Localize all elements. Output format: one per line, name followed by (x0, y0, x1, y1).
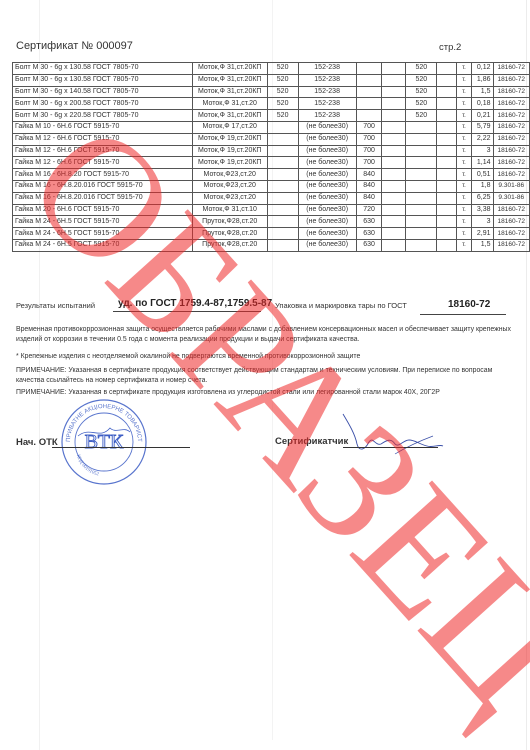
page-number: стр.2 (439, 42, 461, 53)
cell-c4: (не более30) (298, 169, 356, 181)
cell-unit: т. (456, 228, 471, 240)
cell-gost: 18160-72 (493, 228, 529, 240)
cell-qty: 0,12 (471, 63, 493, 75)
cell-unit: т. (456, 157, 471, 169)
cell-c3 (267, 239, 298, 251)
cell-material: Моток,Ф 31,ст.20КП (192, 63, 267, 75)
cell-c8 (437, 157, 457, 169)
cell-qty: 0,51 (471, 169, 493, 181)
cell-c3: 520 (267, 63, 298, 75)
cell-c3: 520 (267, 110, 298, 122)
cell-c3 (267, 204, 298, 216)
cell-c4: (не более30) (298, 145, 356, 157)
cell-c5: 840 (356, 169, 382, 181)
cell-material: Пруток,Ф28,ст.20 (192, 216, 267, 228)
cell-material: Моток,Ф 31,ст.10 (192, 204, 267, 216)
cell-gost: 18160-72 (493, 216, 529, 228)
cell-c3 (267, 133, 298, 145)
cell-c7 (406, 145, 437, 157)
cell-name: Гайка М 24 - 6Н.5 ГОСТ 5915-70 (13, 228, 193, 240)
cell-gost: 18160-72 (493, 133, 529, 145)
cell-c3: 520 (267, 74, 298, 86)
cell-c6 (382, 86, 406, 98)
cell-unit: т. (456, 180, 471, 192)
cell-gost: 18160-72 (493, 74, 529, 86)
cell-name: Гайка М 16 - 6Н.8.20 ГОСТ 5915-70 (13, 169, 193, 181)
cell-c8 (437, 110, 457, 122)
cell-c7 (406, 228, 437, 240)
cell-gost: 18160-72 (493, 145, 529, 157)
cell-c6 (382, 204, 406, 216)
cell-gost: 18160-72 (493, 86, 529, 98)
cell-name: Гайка М 16 - 6Н.8.20.016 ГОСТ 5915-70 (13, 180, 193, 192)
cell-material: Моток,Ф23,ст.20 (192, 192, 267, 204)
company-stamp: ПРИВАТНЕ АКЦІОНЕРНЕ ТОВАРИСТВО «ДРУЖКІВС… (60, 398, 148, 486)
cell-c5: 840 (356, 192, 382, 204)
cell-qty: 6,25 (471, 192, 493, 204)
cell-c8 (437, 86, 457, 98)
table-row: Гайка М 24 - 6Н.5 ГОСТ 5915-70Пруток,Ф28… (13, 228, 530, 240)
cell-c7: 520 (406, 74, 437, 86)
cell-c8 (437, 145, 457, 157)
cell-c6 (382, 228, 406, 240)
cell-c5: 700 (356, 145, 382, 157)
cell-c5 (356, 110, 382, 122)
cell-c4: (не более30) (298, 157, 356, 169)
table-row: Гайка М 16 - 6Н.8.20.016 ГОСТ 5915-70Мот… (13, 192, 530, 204)
cell-c5: 720 (356, 204, 382, 216)
cell-material: Моток,Ф 19,ст.20КП (192, 145, 267, 157)
table-row: Болт М 30 - 6g x 130.58 ГОСТ 7805-70Мото… (13, 63, 530, 75)
cell-name: Гайка М 12 - 6Н.6 ГОСТ 5915-70 (13, 145, 193, 157)
cell-c3 (267, 121, 298, 133)
cell-unit: т. (456, 98, 471, 110)
items-table: Болт М 30 - 6g x 130.58 ГОСТ 7805-70Мото… (12, 62, 530, 252)
cell-qty: 0,21 (471, 110, 493, 122)
cell-c6 (382, 180, 406, 192)
cell-name: Болт М 30 - 6g x 130.58 ГОСТ 7805-70 (13, 63, 193, 75)
cell-c6 (382, 216, 406, 228)
cell-c6 (382, 74, 406, 86)
cell-c3 (267, 169, 298, 181)
table-row: Гайка М 20 - 6Н.6 ГОСТ 5915-70Моток,Ф 31… (13, 204, 530, 216)
table-row: Гайка М 12 - 6Н.6 ГОСТ 5915-70Моток,Ф 19… (13, 157, 530, 169)
cell-c7: 520 (406, 110, 437, 122)
cell-c5 (356, 63, 382, 75)
cell-unit: т. (456, 63, 471, 75)
cell-c4: 152-238 (298, 63, 356, 75)
cell-unit: т. (456, 192, 471, 204)
cell-qty: 3 (471, 216, 493, 228)
cell-qty: 1,5 (471, 239, 493, 251)
cell-c3 (267, 192, 298, 204)
cell-material: Моток,Ф23,ст.20 (192, 180, 267, 192)
table-row: Гайка М 12 - 6Н.6 ГОСТ 5915-70Моток,Ф 19… (13, 145, 530, 157)
cell-c6 (382, 239, 406, 251)
cell-c7: 520 (406, 86, 437, 98)
cell-c4: (не более30) (298, 228, 356, 240)
cell-c5: 630 (356, 216, 382, 228)
cell-name: Болт М 30 - 6g x 200.58 ГОСТ 7805-70 (13, 98, 193, 110)
packaging-value: 18160-72 (448, 299, 490, 310)
cell-qty: 2,22 (471, 133, 493, 145)
cell-material: Моток,Ф 19,ст.20КП (192, 157, 267, 169)
cell-qty: 5,79 (471, 121, 493, 133)
cell-c4: (не более30) (298, 121, 356, 133)
cell-name: Болт М 30 - 6g x 140.58 ГОСТ 7805-70 (13, 86, 193, 98)
cell-material: Моток,Ф 31,ст.20КП (192, 74, 267, 86)
cell-name: Гайка М 20 - 6Н.6 ГОСТ 5915-70 (13, 204, 193, 216)
cell-c7: 520 (406, 98, 437, 110)
cell-name: Гайка М 10 - 6Н.6 ГОСТ 5915-70 (13, 121, 193, 133)
cell-c4: (не более30) (298, 192, 356, 204)
cell-c6 (382, 121, 406, 133)
cell-c3 (267, 216, 298, 228)
cell-name: Гайка М 12 - 6Н.6 ГОСТ 5915-70 (13, 157, 193, 169)
cell-gost: 18160-72 (493, 63, 529, 75)
steel-grade-note: ПРИМЕЧАНИЕ: Указанная в сертификате прод… (16, 388, 511, 398)
cell-c4: 152-238 (298, 74, 356, 86)
cell-name: Гайка М 24 - 6Н.5 ГОСТ 5915-70 (13, 239, 193, 251)
cell-gost: 18160-72 (493, 110, 529, 122)
cell-c4: (не более30) (298, 133, 356, 145)
cell-name: Гайка М 12 - 6Н.6 ГОСТ 5915-70 (13, 133, 193, 145)
test-results-underline (113, 311, 261, 312)
cell-c6 (382, 157, 406, 169)
cell-unit: т. (456, 110, 471, 122)
cell-name: Гайка М 24 - 6Н.5 ГОСТ 5915-70 (13, 216, 193, 228)
cell-c6 (382, 98, 406, 110)
cell-qty: 3 (471, 145, 493, 157)
cell-c5 (356, 98, 382, 110)
cell-c7 (406, 180, 437, 192)
table-row: Гайка М 12 - 6Н.6 ГОСТ 5915-70Моток,Ф 19… (13, 133, 530, 145)
cell-c8 (437, 133, 457, 145)
cell-gost: 18160-72 (493, 157, 529, 169)
cell-c3: 520 (267, 98, 298, 110)
cell-c8 (437, 121, 457, 133)
cell-c3: 520 (267, 86, 298, 98)
cell-material: Моток,Ф 31,ст.20 (192, 98, 267, 110)
table-row: Болт М 30 - 6g x 140.58 ГОСТ 7805-70Мото… (13, 86, 530, 98)
cell-c8 (437, 204, 457, 216)
cell-c4: (не более30) (298, 180, 356, 192)
cell-c5 (356, 74, 382, 86)
cell-c7 (406, 133, 437, 145)
cell-c7 (406, 239, 437, 251)
scale-note: * Крепежные изделия с неотделяемой окали… (16, 352, 511, 362)
cell-c5: 700 (356, 157, 382, 169)
cell-qty: 3,38 (471, 204, 493, 216)
cell-qty: 2,91 (471, 228, 493, 240)
cell-qty: 1,5 (471, 86, 493, 98)
svg-text:ВТК: ВТК (85, 431, 124, 453)
cell-c5: 700 (356, 133, 382, 145)
cell-material: Моток,Ф 31,ст.20КП (192, 110, 267, 122)
cell-c7 (406, 121, 437, 133)
packaging-label: Упаковка и маркировка тары по ГОСТ (275, 301, 407, 310)
cell-gost: 18160-72 (493, 98, 529, 110)
cell-c8 (437, 169, 457, 181)
cell-c5: 630 (356, 239, 382, 251)
cell-c7 (406, 204, 437, 216)
cell-c8 (437, 74, 457, 86)
cell-c6 (382, 169, 406, 181)
cell-unit: т. (456, 216, 471, 228)
cell-gost: 9.301-86 (493, 180, 529, 192)
cell-c7 (406, 169, 437, 181)
cell-gost: 18160-72 (493, 204, 529, 216)
cell-unit: т. (456, 133, 471, 145)
cell-c6 (382, 145, 406, 157)
cell-unit: т. (456, 74, 471, 86)
cell-material: Пруток,Ф28,ст.20 (192, 239, 267, 251)
certifier-signature-line (343, 447, 438, 448)
certificate-title: Сертификат № 000097 (16, 40, 133, 52)
cell-qty: 1,8 (471, 180, 493, 192)
table-row: Гайка М 24 - 6Н.5 ГОСТ 5915-70Пруток,Ф28… (13, 239, 530, 251)
cell-unit: т. (456, 145, 471, 157)
cell-c8 (437, 180, 457, 192)
cell-gost: 9.301-86 (493, 192, 529, 204)
cell-c8 (437, 192, 457, 204)
otk-signature-line (52, 447, 190, 448)
cell-c6 (382, 133, 406, 145)
cell-c5: 630 (356, 228, 382, 240)
table-row: Гайка М 16 - 6Н.8.20 ГОСТ 5915-70Моток,Ф… (13, 169, 530, 181)
cell-material: Моток,Ф 31,ст.20КП (192, 86, 267, 98)
table-row: Болт М 30 - 6g x 200.58 ГОСТ 7805-70Мото… (13, 98, 530, 110)
cell-qty: 1,14 (471, 157, 493, 169)
cell-material: Пруток,Ф28,ст.20 (192, 228, 267, 240)
cell-c8 (437, 239, 457, 251)
cell-c5: 700 (356, 121, 382, 133)
cell-qty: 1,86 (471, 74, 493, 86)
cell-material: Моток,Ф 19,ст.20КП (192, 133, 267, 145)
cell-name: Болт М 30 - 6g x 220.58 ГОСТ 7805-70 (13, 110, 193, 122)
cell-c8 (437, 63, 457, 75)
cell-c4: 152-238 (298, 86, 356, 98)
cell-gost: 18160-72 (493, 121, 529, 133)
cell-c8 (437, 98, 457, 110)
cell-material: Моток,Ф23,ст.20 (192, 169, 267, 181)
certificate-page: Сертификат № 000097 стр.2 Болт М 30 - 6g… (0, 0, 530, 750)
standards-note: ПРИМЕЧАНИЕ: Указанная в сертификате прод… (16, 366, 511, 386)
cell-c3 (267, 157, 298, 169)
cell-unit: т. (456, 86, 471, 98)
cell-gost: 18160-72 (493, 169, 529, 181)
cell-c6 (382, 63, 406, 75)
table-row: Болт М 30 - 6g x 130.58 ГОСТ 7805-70Мото… (13, 74, 530, 86)
cell-c8 (437, 216, 457, 228)
cell-c6 (382, 110, 406, 122)
cell-c5: 840 (356, 180, 382, 192)
cell-c6 (382, 192, 406, 204)
cell-name: Гайка М 16 - 6Н.8.20.016 ГОСТ 5915-70 (13, 192, 193, 204)
cell-c4: (не более30) (298, 216, 356, 228)
table-row: Болт М 30 - 6g x 220.58 ГОСТ 7805-70Мото… (13, 110, 530, 122)
cell-c4: (не более30) (298, 239, 356, 251)
packaging-underline (420, 314, 506, 315)
cell-unit: т. (456, 121, 471, 133)
cell-c7 (406, 216, 437, 228)
cell-unit: т. (456, 169, 471, 181)
cell-gost: 18160-72 (493, 239, 529, 251)
cell-c3 (267, 180, 298, 192)
cell-c3 (267, 228, 298, 240)
cell-c4: 152-238 (298, 98, 356, 110)
protection-note: Временная противокоррозионная защита осу… (16, 325, 511, 345)
table-row: Гайка М 10 - 6Н.6 ГОСТ 5915-70Моток,Ф 17… (13, 121, 530, 133)
certifier-signature (335, 410, 450, 460)
cell-unit: т. (456, 239, 471, 251)
test-results-label: Результаты испытаний (16, 301, 95, 310)
cell-c3 (267, 145, 298, 157)
test-results-value: уд. по ГОСТ 1759.4-87,1759.5-87 (118, 298, 272, 309)
table-row: Гайка М 16 - 6Н.8.20.016 ГОСТ 5915-70Мот… (13, 180, 530, 192)
cell-c7 (406, 157, 437, 169)
cell-qty: 0,18 (471, 98, 493, 110)
cell-c4: (не более30) (298, 204, 356, 216)
cell-material: Моток,Ф 17,ст.20 (192, 121, 267, 133)
cell-c4: 152-238 (298, 110, 356, 122)
cell-unit: т. (456, 204, 471, 216)
cell-c5 (356, 86, 382, 98)
cell-name: Болт М 30 - 6g x 130.58 ГОСТ 7805-70 (13, 74, 193, 86)
cell-c7 (406, 192, 437, 204)
cell-c7: 520 (406, 63, 437, 75)
cell-c8 (437, 228, 457, 240)
certifier-label: Сертификатчик (275, 436, 348, 447)
table-row: Гайка М 24 - 6Н.5 ГОСТ 5915-70Пруток,Ф28… (13, 216, 530, 228)
